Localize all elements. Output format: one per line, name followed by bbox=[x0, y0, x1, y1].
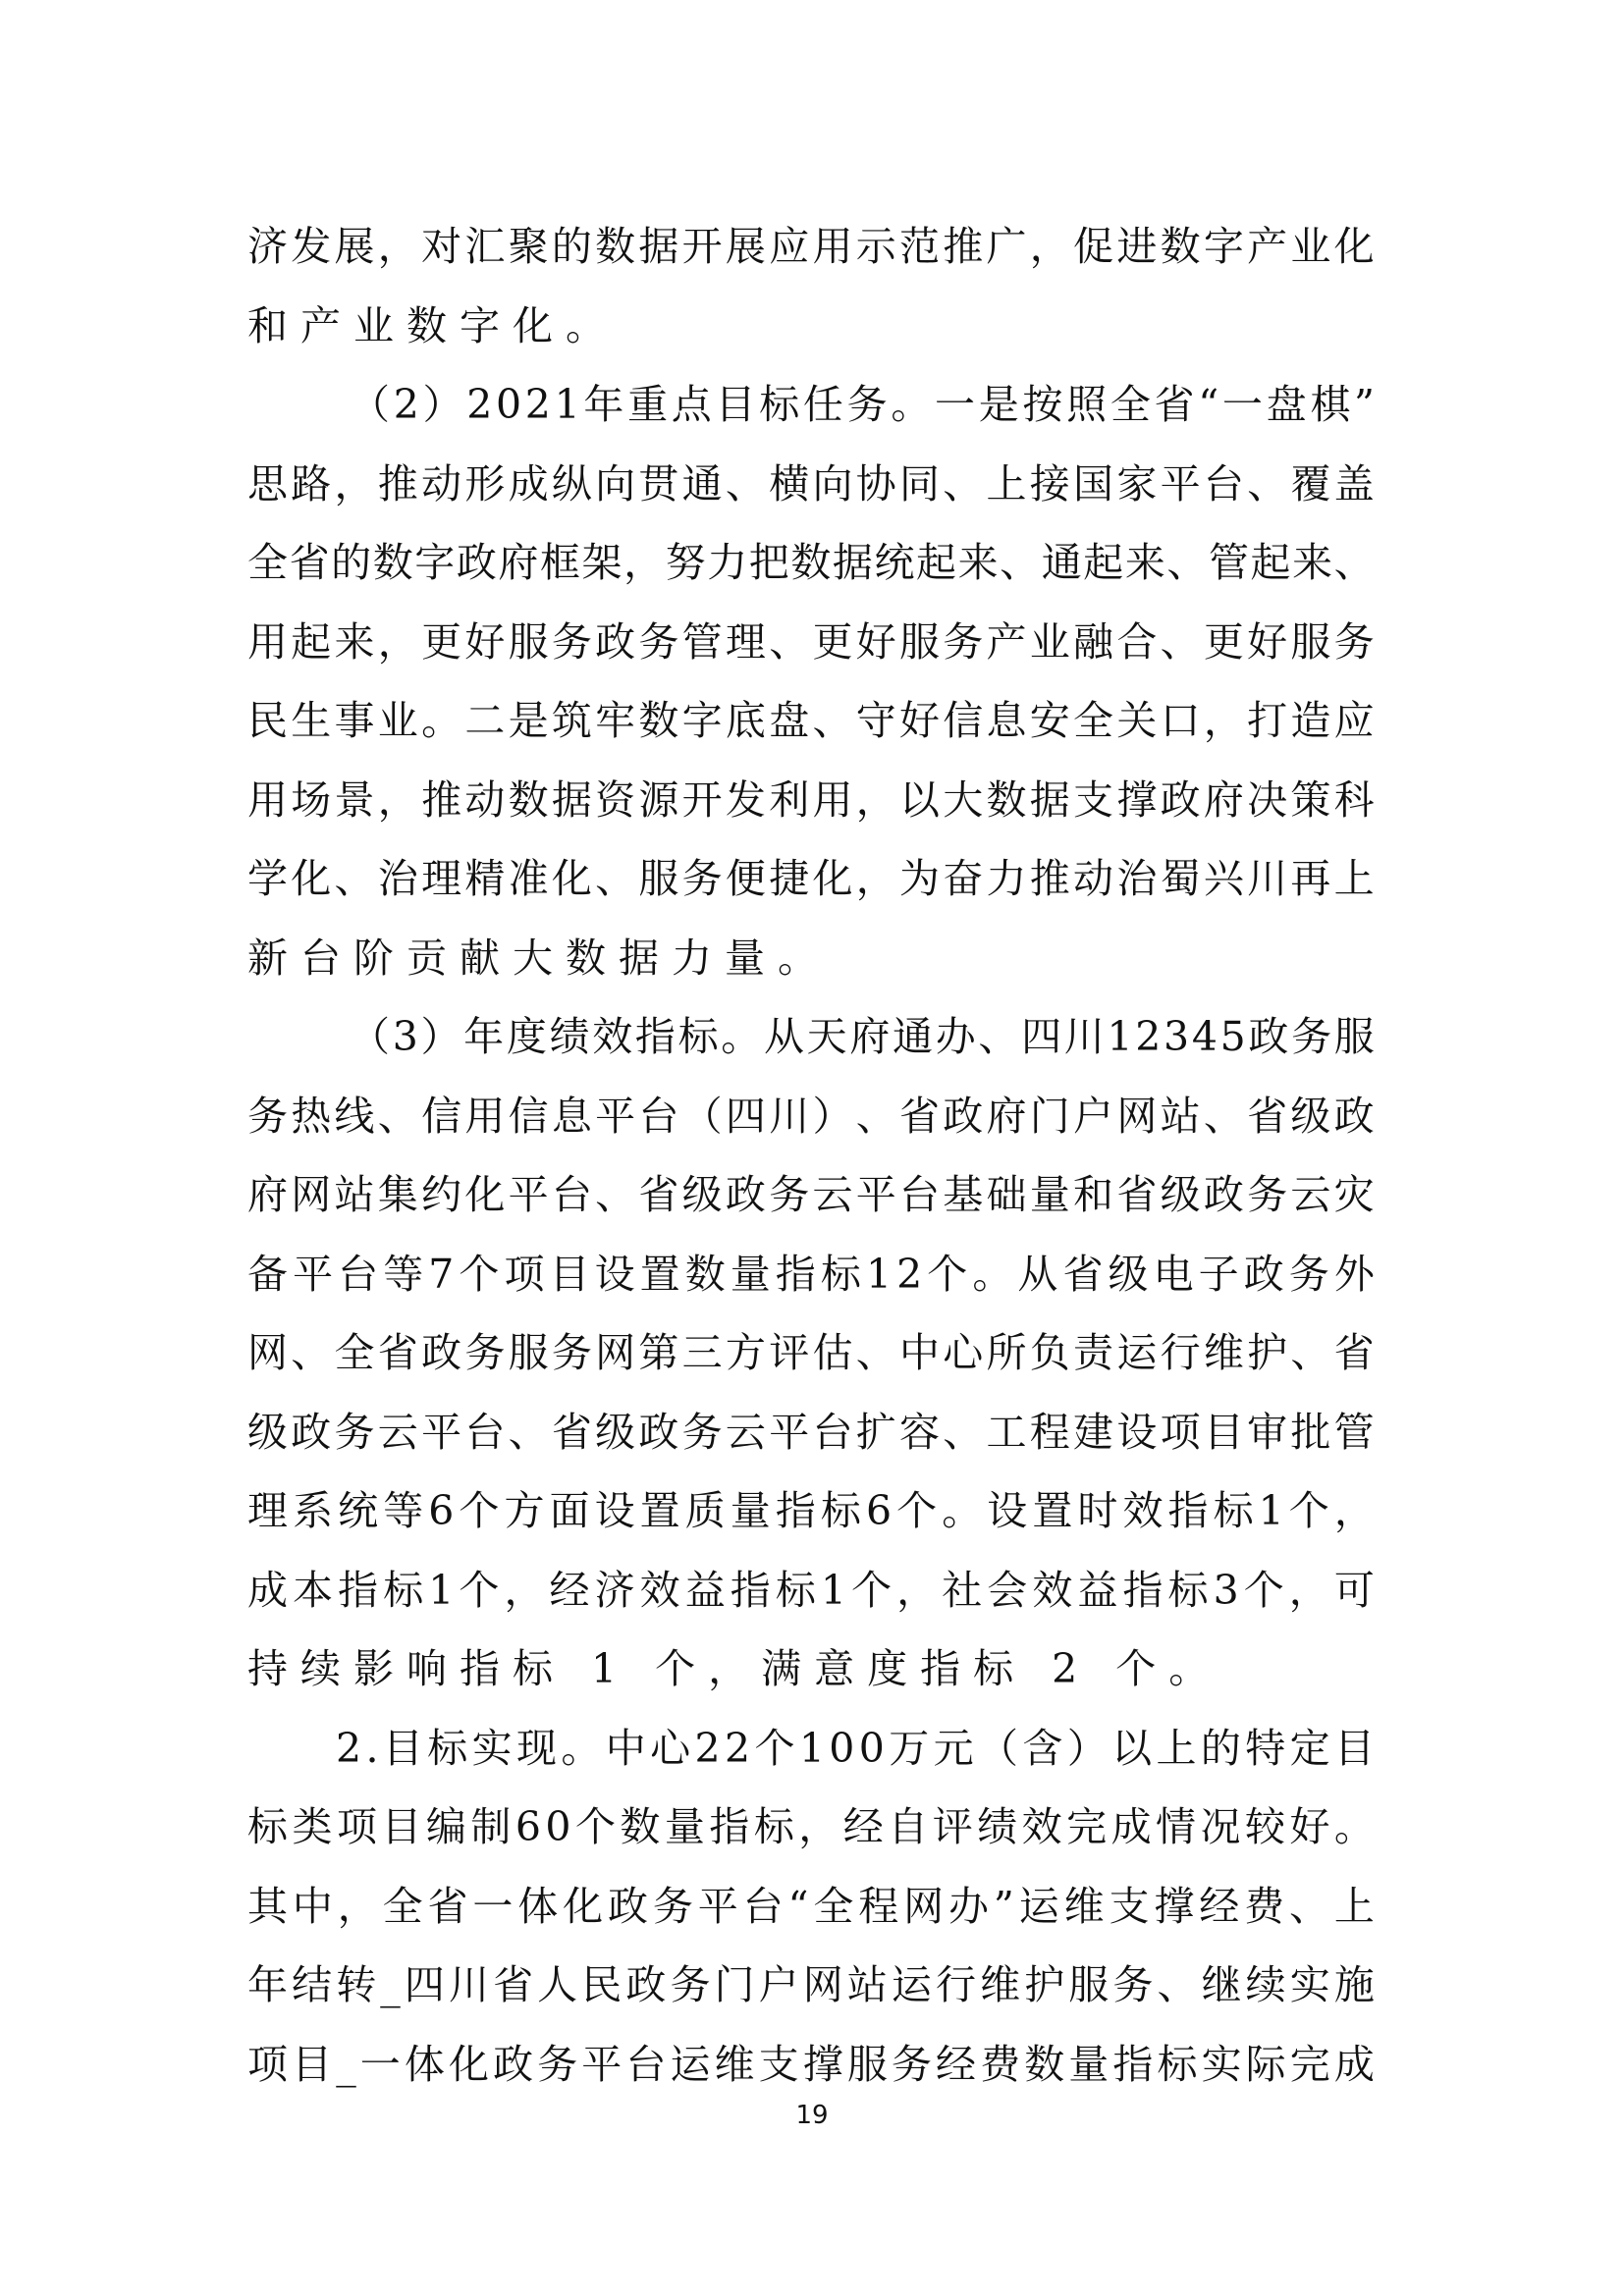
text-line: 府网站集约化平台、省级政务云平台基础量和省级政务云灾 bbox=[247, 1166, 1375, 1246]
text-line: 思路，推动形成纵向贯通、横向协同、上接国家平台、覆盖 bbox=[247, 455, 1375, 535]
document-page: 济发展，对汇聚的数据开展应用示范推广，促进数字产业化 和产业数字化。 （2）20… bbox=[0, 0, 1624, 2296]
text-line-paragraph-start: （3）年度绩效指标。从天府通办、四川12345政务服 bbox=[247, 1008, 1375, 1088]
text-line: 年结转_四川省人民政务门户网站运行维护服务、继续实施 bbox=[247, 1956, 1375, 2036]
text-line: 其中，全省一体化政务平台“全程网办”运维支撑经费、上 bbox=[247, 1878, 1375, 1957]
text-line: 济发展，对汇聚的数据开展应用示范推广，促进数字产业化 bbox=[247, 218, 1375, 297]
text-line: 成本指标1个，经济效益指标1个，社会效益指标3个，可 bbox=[247, 1562, 1375, 1641]
text-line: 学化、治理精准化、服务便捷化，为奋力推动治蜀兴川再上 bbox=[247, 850, 1375, 930]
text-line: 标类项目编制60个数量指标，经自评绩效完成情况较好。 bbox=[247, 1798, 1375, 1878]
text-line: 用场景，推动数据资源开发利用，以大数据支撑政府决策科 bbox=[247, 772, 1375, 851]
text-line: 新台阶贡献大数据力量。 bbox=[247, 930, 1375, 1009]
text-line: 民生事业。二是筑牢数字底盘、守好信息安全关口，打造应 bbox=[247, 692, 1375, 772]
text-line: 网、全省政务服务网第三方评估、中心所负责运行维护、省 bbox=[247, 1324, 1375, 1404]
text-line: 备平台等7个项目设置数量指标12个。从省级电子政务外 bbox=[247, 1246, 1375, 1325]
text-line: 持续影响指标 1 个，满意度指标 2 个。 bbox=[247, 1640, 1375, 1720]
page-number: 19 bbox=[0, 2101, 1624, 2130]
text-line: 务热线、信用信息平台（四川）、省政府门户网站、省级政 bbox=[247, 1088, 1375, 1167]
text-line-paragraph-start: （2）2021年重点目标任务。一是按照全省“一盘棋” bbox=[247, 376, 1375, 455]
text-line: 级政务云平台、省级政务云平台扩容、工程建设项目审批管 bbox=[247, 1404, 1375, 1483]
text-line: 和产业数字化。 bbox=[247, 297, 1375, 377]
body-text: 济发展，对汇聚的数据开展应用示范推广，促进数字产业化 和产业数字化。 （2）20… bbox=[247, 218, 1375, 2114]
text-line: 理系统等6个方面设置质量指标6个。设置时效指标1个， bbox=[247, 1482, 1375, 1562]
text-line: 用起来，更好服务政务管理、更好服务产业融合、更好服务 bbox=[247, 614, 1375, 693]
text-line: 全省的数字政府框架，努力把数据统起来、通起来、管起来、 bbox=[247, 534, 1375, 614]
text-line-paragraph-start: 2.目标实现。中心22个100万元（含）以上的特定目 bbox=[247, 1720, 1375, 1799]
